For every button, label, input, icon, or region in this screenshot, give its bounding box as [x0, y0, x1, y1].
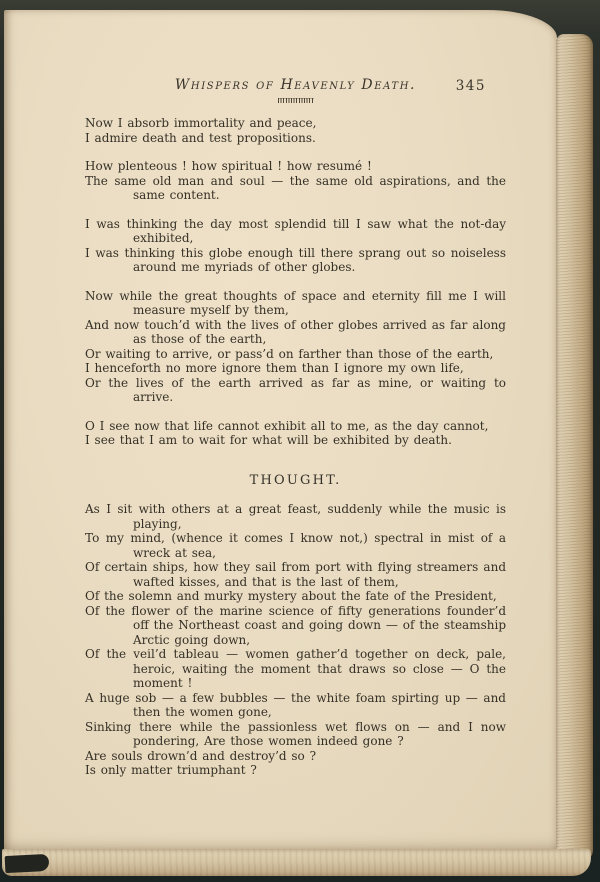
verse-line: Of the solemn and murky mystery about th…: [85, 589, 506, 604]
verse-line: Or waiting to arrive, or pass’d on farth…: [85, 347, 506, 362]
verse-line: Are souls drown’d and destroy’d so ?: [85, 749, 506, 764]
verse-line: As I sit with others at a great feast, s…: [85, 502, 506, 531]
stanza: O I see now that life cannot exhibit all…: [85, 419, 506, 448]
running-header-title: Whispers of Heavenly Death.: [85, 78, 506, 93]
verse-line: How plenteous ! how spiritual ! how resu…: [85, 159, 506, 174]
verse-line: Of the flower of the marine science of f…: [85, 604, 506, 648]
verse-line: I admire death and test propositions.: [85, 131, 506, 146]
verse-line: The same old man and soul — the same old…: [85, 174, 506, 203]
verse-line: Now I absorb immortality and peace,: [85, 116, 506, 131]
verse-line: Of certain ships, how they sail from por…: [85, 560, 506, 589]
verse-line: I see that I am to wait for what will be…: [85, 433, 506, 448]
text-column: Whispers of Heavenly Death. 345 Now I ab…: [85, 10, 506, 792]
book-page: Whispers of Heavenly Death. 345 Now I ab…: [4, 10, 557, 852]
cover-corner-mark: [5, 854, 50, 873]
verse-line: Sinking there while the passionless wet …: [85, 720, 506, 749]
verse-line: Is only matter triumphant ?: [85, 763, 506, 778]
section-heading: THOUGHT.: [85, 474, 506, 489]
book-photo: Whispers of Heavenly Death. 345 Now I ab…: [0, 0, 600, 882]
verse-line: Or the lives of the earth arrived as far…: [85, 376, 506, 405]
book-bottom-pages-edge: [2, 849, 591, 876]
stanza: How plenteous ! how spiritual ! how resu…: [85, 159, 506, 203]
verse-line: I was thinking the day most splendid til…: [85, 217, 506, 246]
page-number: 345: [456, 79, 486, 94]
verse-line: I was thinking this globe enough till th…: [85, 246, 506, 275]
stanza: As I sit with others at a great feast, s…: [85, 502, 506, 778]
stanza: Now I absorb immortality and peace,I adm…: [85, 116, 506, 145]
verse-line: To my mind, (whence it comes I know not,…: [85, 531, 506, 560]
verse-line: And now touch’d with the lives of other …: [85, 318, 506, 347]
stanza: I was thinking the day most splendid til…: [85, 217, 506, 275]
page-header: Whispers of Heavenly Death. 345: [85, 78, 506, 95]
stanza: Now while the great thoughts of space an…: [85, 289, 506, 405]
verse-line: Now while the great thoughts of space an…: [85, 289, 506, 318]
verse-line: O I see now that life cannot exhibit all…: [85, 419, 506, 434]
poem-body: Now I absorb immortality and peace,I adm…: [85, 116, 506, 778]
verse-line: Of the veil’d tableau — women gather’d t…: [85, 647, 506, 691]
ornament-rule-icon: [278, 98, 314, 103]
verse-line: I henceforth no more ignore them than I …: [85, 361, 506, 376]
book-fore-edge: [556, 34, 593, 862]
verse-line: A huge sob — a few bubbles — the white f…: [85, 691, 506, 720]
